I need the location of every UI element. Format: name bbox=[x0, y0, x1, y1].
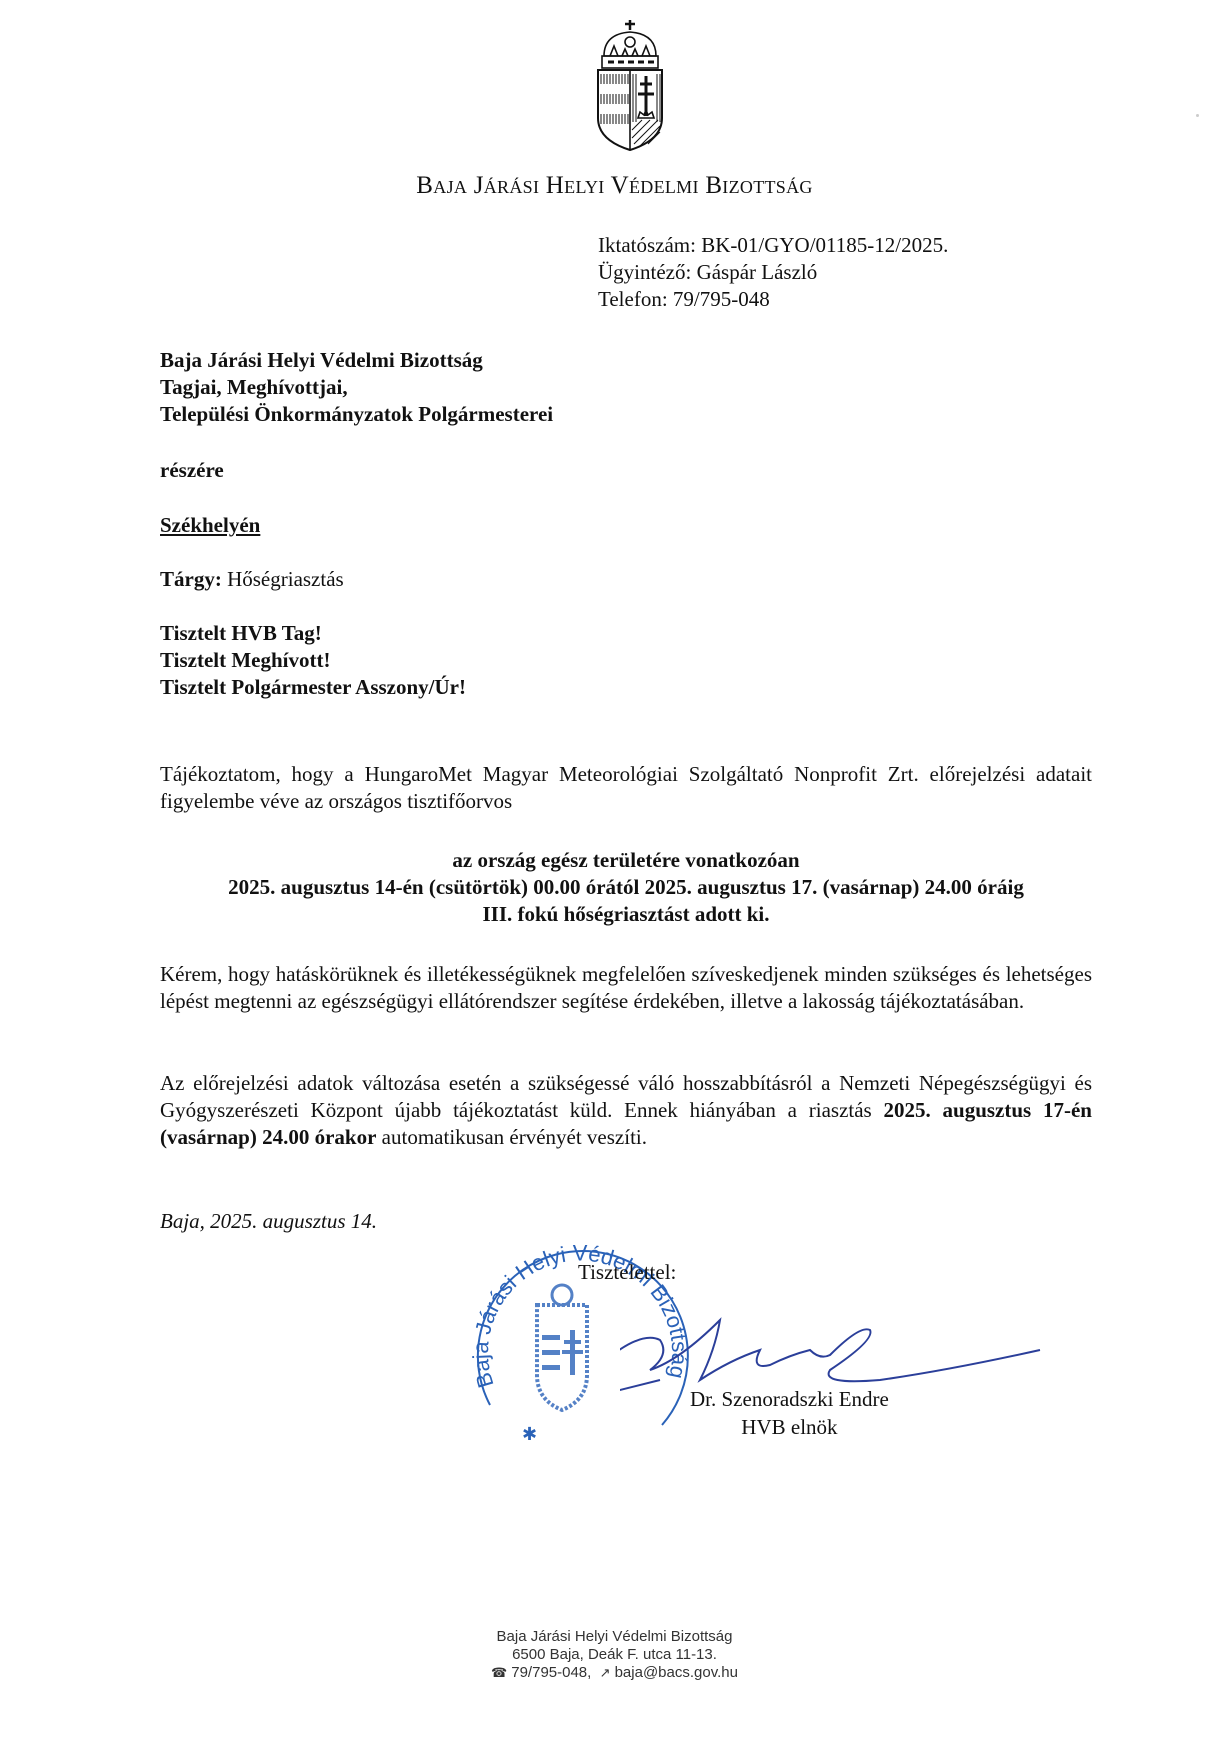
reference-number: Iktatószám: BK-01/GYO/01185-12/2025. bbox=[598, 232, 948, 259]
footer-phone: 79/795-048, bbox=[511, 1664, 591, 1681]
body-paragraph-2: Kérem, hogy hatáskörüknek és illetékessé… bbox=[160, 961, 1092, 1015]
email-icon: ↗ bbox=[600, 1665, 611, 1680]
organization-title: Baja Járási Helyi Védelmi Bizottság bbox=[0, 172, 1229, 200]
alert-line: III. fokú hőségriasztást adott ki. bbox=[160, 901, 1092, 928]
for-label: részére bbox=[160, 458, 224, 483]
subject-line: Tárgy: Hőségriasztás bbox=[160, 567, 344, 592]
signer-name: Dr. Szenoradszki Endre bbox=[690, 1385, 889, 1413]
salutation-line: Tisztelt Polgármester Asszony/Úr! bbox=[160, 674, 466, 701]
footer-email[interactable]: baja@bacs.gov.hu bbox=[615, 1664, 738, 1681]
body-paragraph-3: Az előrejelzési adatok változása esetén … bbox=[160, 1070, 1092, 1151]
body-paragraph-1: Tájékoztatom, hogy a HungaroMet Magyar M… bbox=[160, 761, 1092, 815]
subject-label: Tárgy: bbox=[160, 567, 222, 591]
signer-title: HVB elnök bbox=[690, 1413, 889, 1441]
recipient-line: Tagjai, Meghívottjai, bbox=[160, 374, 553, 401]
reference-block: Iktatószám: BK-01/GYO/01185-12/2025. Ügy… bbox=[598, 232, 948, 313]
svg-text:✱: ✱ bbox=[522, 1424, 537, 1444]
phone: Telefon: 79/795-048 bbox=[598, 286, 948, 313]
location-label: Székhelyén bbox=[160, 513, 260, 538]
telephone-icon: ☎ bbox=[491, 1665, 507, 1680]
salutation: Tisztelt HVB Tag! Tisztelt Meghívott! Ti… bbox=[160, 620, 466, 701]
salutation-line: Tisztelt HVB Tag! bbox=[160, 620, 466, 647]
closing-line: Tisztelettel: bbox=[578, 1260, 676, 1285]
alert-line: 2025. augusztus 14-én (csütörtök) 00.00 … bbox=[160, 874, 1092, 901]
salutation-line: Tisztelt Meghívott! bbox=[160, 647, 466, 674]
signer-block: Dr. Szenoradszki Endre HVB elnök bbox=[690, 1385, 889, 1441]
alert-notice: az ország egész területére vonatkozóan 2… bbox=[160, 847, 1092, 928]
date-line: Baja, 2025. augusztus 14. bbox=[160, 1209, 377, 1234]
recipient-address: Baja Járási Helyi Védelmi Bizottság Tagj… bbox=[160, 347, 553, 428]
footer-org: Baja Járási Helyi Védelmi Bizottság bbox=[0, 1628, 1229, 1646]
recipient-line: Települési Önkormányzatok Polgármesterei bbox=[160, 401, 553, 428]
coat-of-arms-icon bbox=[590, 18, 670, 153]
footer-contact: ☎79/795-048, ↗baja@bacs.gov.hu bbox=[0, 1664, 1229, 1682]
footer-address: 6500 Baja, Deák F. utca 11-13. bbox=[0, 1646, 1229, 1664]
subject-value: Hőségriasztás bbox=[227, 567, 344, 591]
scan-speck bbox=[1196, 114, 1199, 117]
recipient-line: Baja Járási Helyi Védelmi Bizottság bbox=[160, 347, 553, 374]
case-officer: Ügyintéző: Gáspár László bbox=[598, 259, 948, 286]
alert-line: az ország egész területére vonatkozóan bbox=[160, 847, 1092, 874]
footer: Baja Járási Helyi Védelmi Bizottság 6500… bbox=[0, 1628, 1229, 1682]
